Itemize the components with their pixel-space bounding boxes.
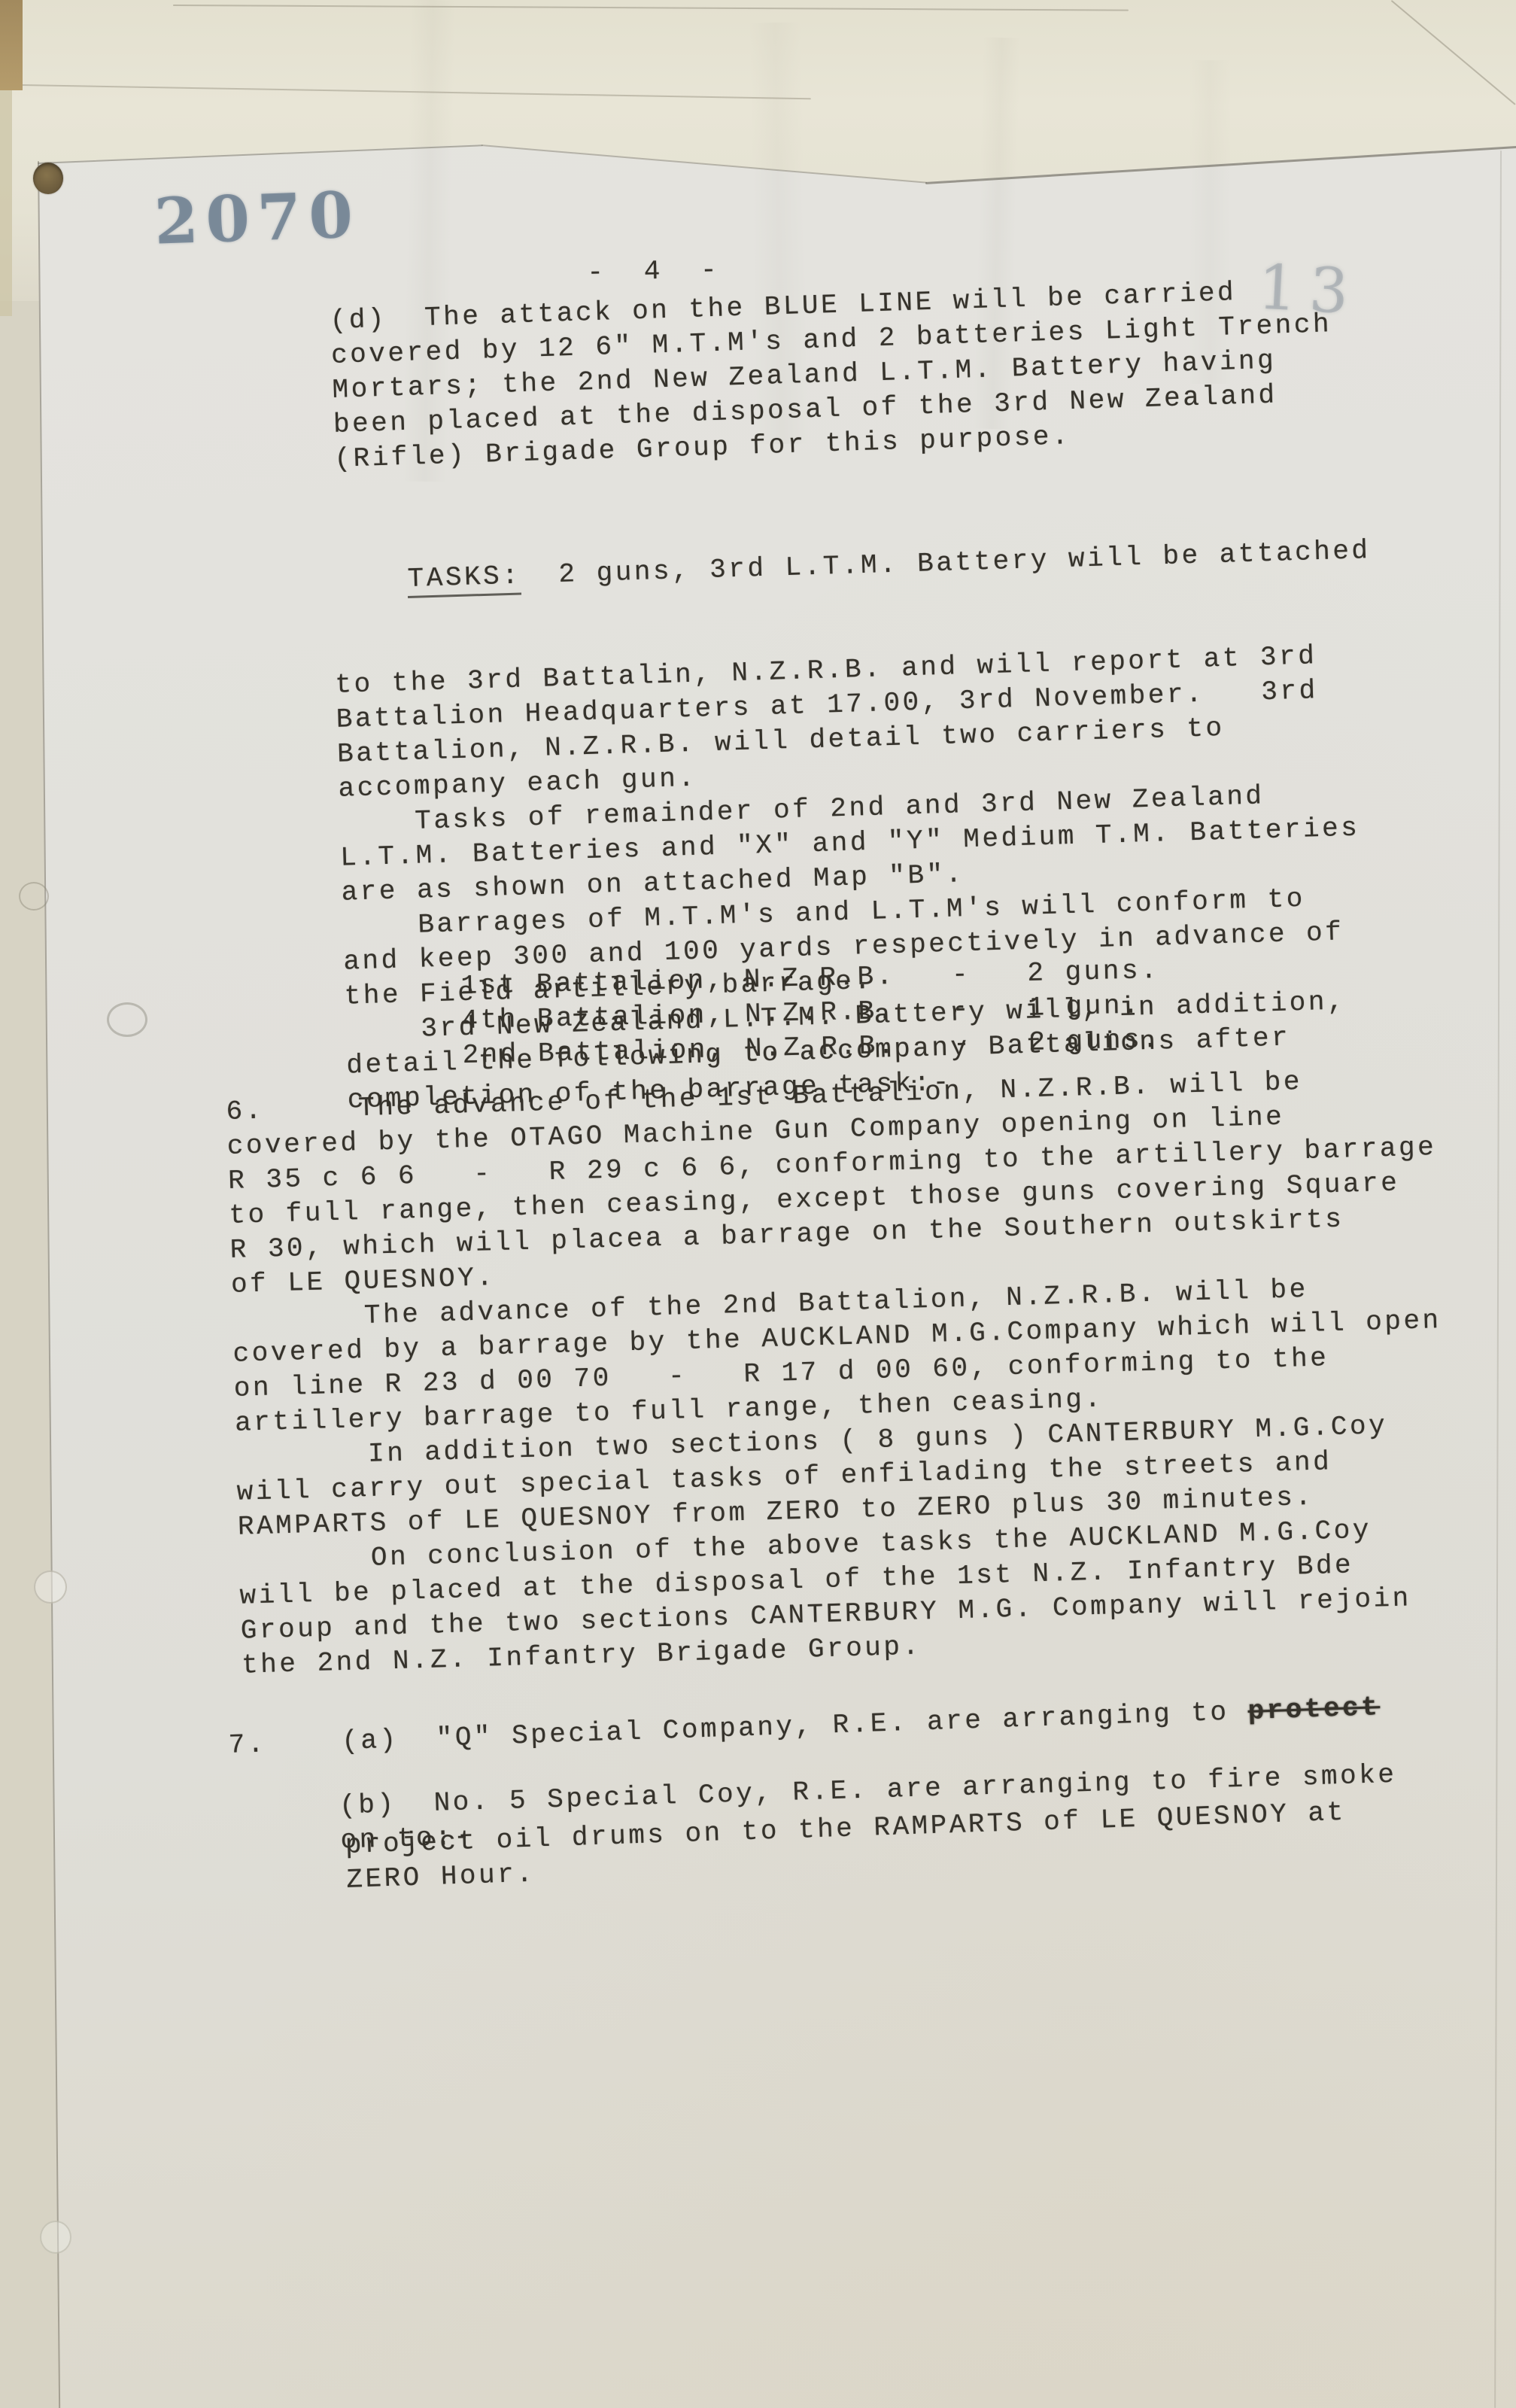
page-number: - 4 - [587,253,720,290]
archive-number-stamp: 2070 [153,177,361,258]
punch-hole-lower [34,1570,67,1604]
punch-hole-emboss-mid [107,1002,147,1037]
paragraph-6: 6. The advance of the 1st Battalion, N.Z… [226,1061,1451,1683]
scanned-document-page: { "colors": { "paper": "#e1e0db", "under… [0,0,1516,2408]
tasks-heading: TASKS: [407,561,521,598]
paragraph-d: (d) The attack on the BLUE LINE will be … [330,272,1335,477]
tasks-first-line: TASKS: 2 guns, 3rd L.T.M. Battery will b… [332,534,1371,599]
punch-hole-emboss-upper [19,882,49,911]
gun-allotment-list: 1st Battalion, N.Z.R.B. - 2 guns. 4th Ba… [460,953,1162,1073]
folder-edge-sliver [0,90,12,316]
folder-corner [0,0,23,90]
punch-hole-top [33,163,63,194]
punch-hole-bottom [40,2221,71,2254]
paragraph-7a-first-line: 7. (a) "Q" Special Company, R.E. are arr… [228,1690,1381,1763]
paragraph-7a-pre: 7. (a) "Q" Special Company, R.E. are arr… [228,1696,1248,1761]
struck-word-protect: protect [1247,1692,1381,1727]
tasks-indent [332,564,409,597]
tasks-first-line-rest: 2 guns, 3rd L.T.M. Battery will be attac… [521,535,1371,591]
